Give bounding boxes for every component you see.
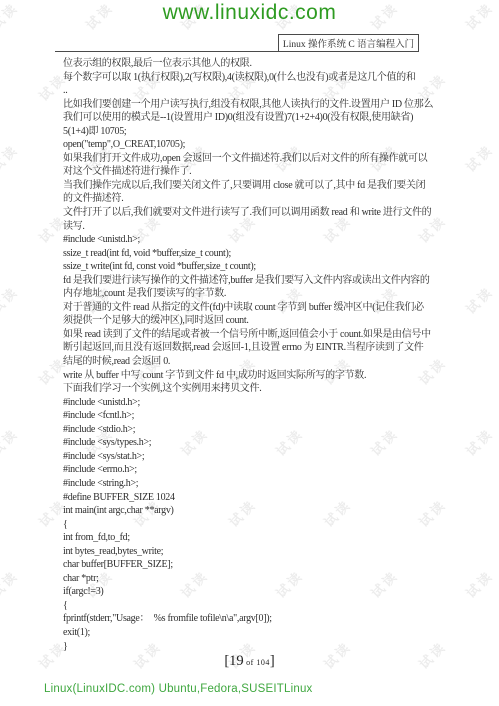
text-line: 比如我们要创建一个用户读写执行,组没有权限,其他人读执行的文件.设置用户 ID … [63, 98, 446, 112]
text-line: if(argc!=3) [63, 585, 446, 599]
text-line: exit(1); [63, 626, 446, 640]
document-title-box: Linux 操作系统 C 语言编程入门 [278, 34, 419, 52]
text-line: #define BUFFER_SIZE 1024 [63, 491, 446, 505]
text-line: ssize_t read(int fd, void *buffer,size_t… [63, 247, 446, 261]
text-line: #include <string.h>; [63, 477, 446, 491]
text-line: 须提供一个足够大的缓冲区),同时返回 count. [63, 314, 446, 328]
trial-watermark: 试读 [0, 565, 22, 601]
text-line: char buffer[BUFFER_SIZE]; [63, 558, 446, 572]
text-line: #include <errno.h>; [63, 463, 446, 477]
trial-watermark: 试读 [461, 281, 497, 317]
text-line: 每个数字可以取 1(执行权限),2(写权限),4(读权限),0(什么也没有)或者… [63, 71, 446, 85]
trial-watermark: 试读 [0, 281, 22, 317]
text-line: { [63, 518, 446, 532]
text-line: 读写. [63, 220, 446, 234]
text-line: fd 是我们要进行读写操作的文件描述符,buffer 是我们要写入文件内容或读出… [63, 274, 446, 288]
text-line: 5(1+4)即 10705; [63, 125, 446, 139]
text-line: int bytes_read,bytes_write; [63, 545, 446, 559]
text-line: 断引起返回,而且没有返回数据,read 会返回-1,且设置 errno 为 EI… [63, 341, 446, 355]
text-line: #include <unistd.h>; [63, 233, 446, 247]
text-line: 对于普通的文件 read 从指定的文件(fd)中读取 count 字节到 buf… [63, 301, 446, 315]
text-line: ssize_t write(int fd, const void *buffer… [63, 260, 446, 274]
text-line: 当我们操作完成以后,我们要关闭文件了,只要调用 close 就可以了,其中 fd… [63, 179, 446, 193]
trial-watermark: 试读 [461, 139, 497, 175]
page-number: [19 of 104] [0, 652, 499, 670]
text-line: 文件打开了以后,我们就要对文件进行读写了.我们可以调用函数 read 和 wri… [63, 206, 446, 220]
page-number-current: 19 [229, 653, 244, 669]
trial-watermark: 试读 [461, 565, 497, 601]
text-line: 位表示组的权限,最后一位表示其他人的权限. [63, 57, 446, 71]
text-line: #include <sys/types.h>; [63, 436, 446, 450]
text-line: #include <fcntl.h>; [63, 409, 446, 423]
page-number-close-bracket: ] [270, 653, 275, 669]
trial-watermark: 试读 [461, 423, 497, 459]
text-line: 的文件描述符. [63, 192, 446, 206]
text-line: #include <sys/stat.h>; [63, 450, 446, 464]
text-line: 我们可以使用的模式是--1(设置用户 ID)0(组没有设置)7(1+2+4)0(… [63, 111, 446, 125]
text-line: .. [63, 84, 446, 98]
text-line: write 从 buffer 中写 count 字节到文件 fd 中,成功时返回… [63, 369, 446, 383]
page-number-suffix: of 104 [244, 658, 270, 667]
text-line: 下面我们学习一个实例,这个实例用来拷贝文件. [63, 382, 446, 396]
text-line: fprintf(stderr,"Usage： %s fromfile tofil… [63, 612, 446, 626]
header-rule [55, 51, 279, 52]
text-line: 内存地址,count 是我们要读写的字节数. [63, 287, 446, 301]
text-line: int main(int argc,char **argv) [63, 504, 446, 518]
text-line: 对这个文件描述符进行操作了. [63, 165, 446, 179]
text-line: int from_fd,to_fd; [63, 531, 446, 545]
trial-watermark: 试读 [0, 423, 22, 459]
text-line: char *ptr; [63, 572, 446, 586]
text-line: open("temp",O_CREAT,10705); [63, 138, 446, 152]
text-line: #include <stdio.h>; [63, 423, 446, 437]
site-logo: www.linuxidc.com [0, 1, 499, 25]
text-line: 如果我们打开文件成功,open 会返回一个文件描述符.我们以后对文件的所有操作就… [63, 152, 446, 166]
body-text: 位表示组的权限,最后一位表示其他人的权限.每个数字可以取 1(执行权限),2(写… [63, 57, 446, 653]
text-line: { [63, 599, 446, 613]
footer-link[interactable]: Linux(LinuxIDC.com) Ubuntu,Fedora,SUSEIT… [44, 683, 313, 695]
document-page: 试读试读试读试读试读试读试读试读试读试读试读试读试读试读试读试读试读试读试读试读… [0, 0, 499, 706]
text-line: #include <unistd.h>; [63, 396, 446, 410]
text-line: 如果 read 读到了文件的结尾或者被一个信号所中断,返回值会小于 count.… [63, 328, 446, 342]
text-line: 结尾的时候,read 会返回 0. [63, 355, 446, 369]
trial-watermark: 试读 [0, 139, 22, 175]
